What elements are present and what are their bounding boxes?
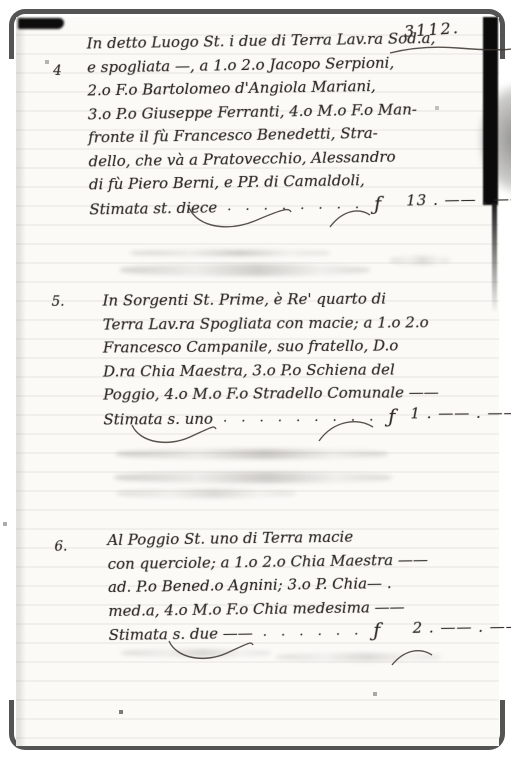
ink-flourish (128, 421, 220, 449)
ink-flourish (388, 645, 438, 669)
ledger-entry: 5.In Sorgenti St. Prime, è Re' quarto di… (103, 286, 511, 430)
ink-flourish (326, 205, 376, 231)
ink-flourish (315, 415, 377, 447)
manuscript-scan-viewport: 3112. 4In detto Luogo St. i due di Terra… (0, 0, 511, 760)
currency-symbol: ƒ (388, 405, 395, 427)
manuscript-page: 3112. 4In detto Luogo St. i due di Terra… (16, 17, 499, 746)
ink-flourish (185, 204, 295, 232)
entry-text-line: Francesco Campanile, suo fratello, D.o (103, 333, 511, 360)
entry-text-line: D.ra Chia Maestra, 3.o P.o Schiena del (103, 357, 511, 384)
ledger-entry: 6.Al Poggio St. uno di Terra maciecon qu… (107, 523, 511, 647)
valuation-amount: 13 . —— . —— (406, 190, 511, 210)
ink-flourish (165, 637, 257, 665)
show-through-smudge (130, 250, 330, 256)
show-through-smudge (390, 256, 450, 265)
leader-dots: . . . . . . (263, 624, 364, 640)
entry-text-line: In Sorgenti St. Prime, è Re' quarto di (103, 286, 511, 313)
show-through-smudge (116, 449, 388, 459)
entry-number: 4 (53, 63, 62, 79)
entry-text-line: Poggio, 4.o M.o F.o Stradello Comunale —… (103, 380, 511, 407)
entry-text-line: Terra Lav.ra Spogliata con macie; a 1.o … (103, 310, 511, 337)
valuation-amount: 2 . —— . —— (412, 617, 511, 637)
entry-number: 5. (52, 294, 65, 310)
page-edge-smudge (18, 18, 64, 29)
ledger-entry: 4In detto Luogo St. i due di Terra Lav.r… (87, 26, 511, 221)
show-through-smudge (114, 472, 392, 483)
entry-number: 6. (54, 539, 67, 555)
show-through-smudge (116, 489, 296, 498)
valuation-amount: 1 . —— . —— (410, 404, 511, 423)
currency-symbol: ƒ (373, 619, 380, 641)
show-through-smudge (120, 264, 370, 276)
scan-noise-specks (16, 17, 18, 19)
